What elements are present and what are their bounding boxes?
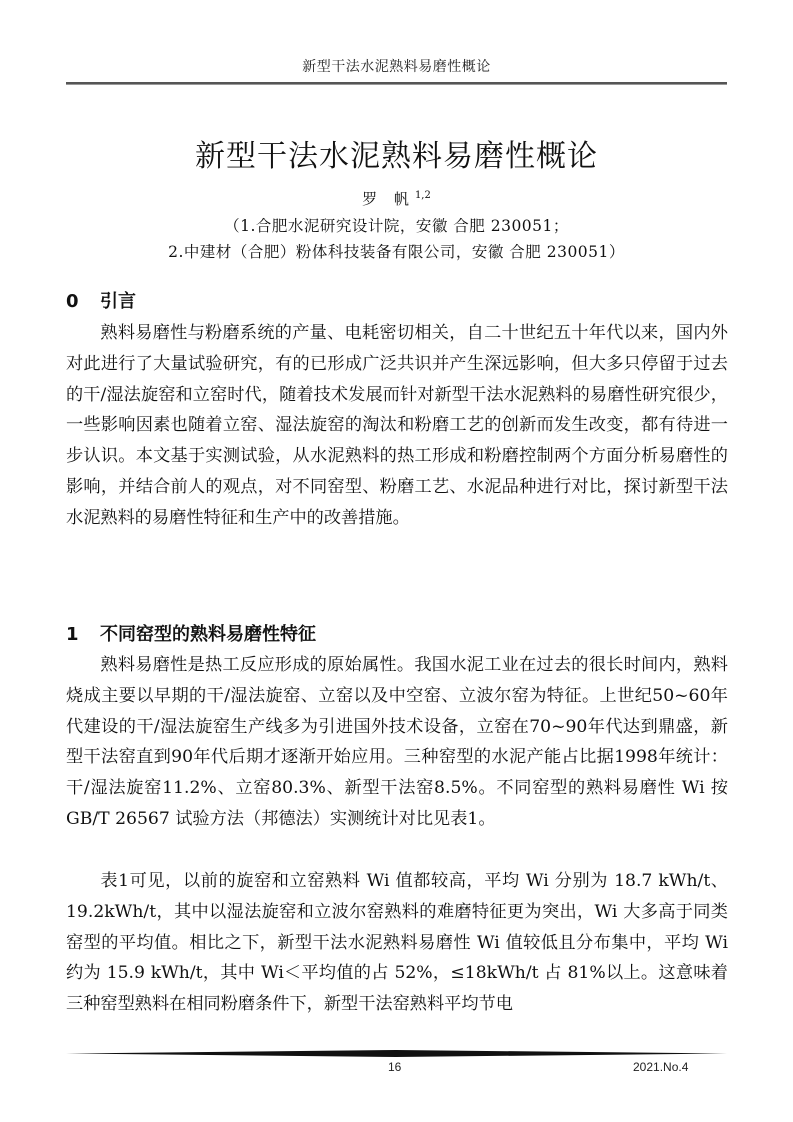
author-line: 罗 帆1,2 — [0, 188, 793, 209]
section-heading-introduction: 0引言 — [66, 287, 136, 313]
page-number: 16 — [388, 1060, 401, 1074]
body-paragraph: 熟料易磨性是热工反应形成的原始属性。我国水泥工业在过去的很长时间内，熟料烧成主要… — [66, 650, 728, 835]
paper-title: 新型干法水泥熟料易磨性概论 — [0, 131, 793, 175]
section-number: 0 — [66, 291, 100, 312]
journal-issue: 2021.No.4 — [633, 1060, 688, 1074]
body-paragraph: 熟料易磨性与粉磨系统的产量、电耗密切相关，自二十世纪五十年代以来，国内外对此进行… — [66, 318, 728, 534]
author-affiliation-marks: 1,2 — [415, 190, 431, 201]
affiliation-1: （1.合肥水泥研究设计院，安徽 合肥 230051； — [0, 214, 793, 236]
section-title: 引言 — [100, 291, 136, 312]
section-number: 1 — [66, 624, 100, 645]
running-header: 新型干法水泥熟料易磨性概论 — [0, 56, 793, 76]
section-title: 不同窑型的熟料易磨性特征 — [100, 624, 316, 645]
header-rule — [66, 82, 727, 85]
footer-rule — [66, 1050, 727, 1057]
body-paragraph: 表1可见，以前的旋窑和立窑熟料 Wi 值都较高，平均 Wi 分别为 18.7 k… — [66, 866, 728, 1020]
author-name: 罗 帆 — [362, 190, 415, 208]
section-heading-kiln-types: 1不同窑型的熟料易磨性特征 — [66, 620, 316, 646]
affiliation-2: 2.中建材（合肥）粉体科技装备有限公司，安徽 合肥 230051） — [0, 240, 793, 262]
